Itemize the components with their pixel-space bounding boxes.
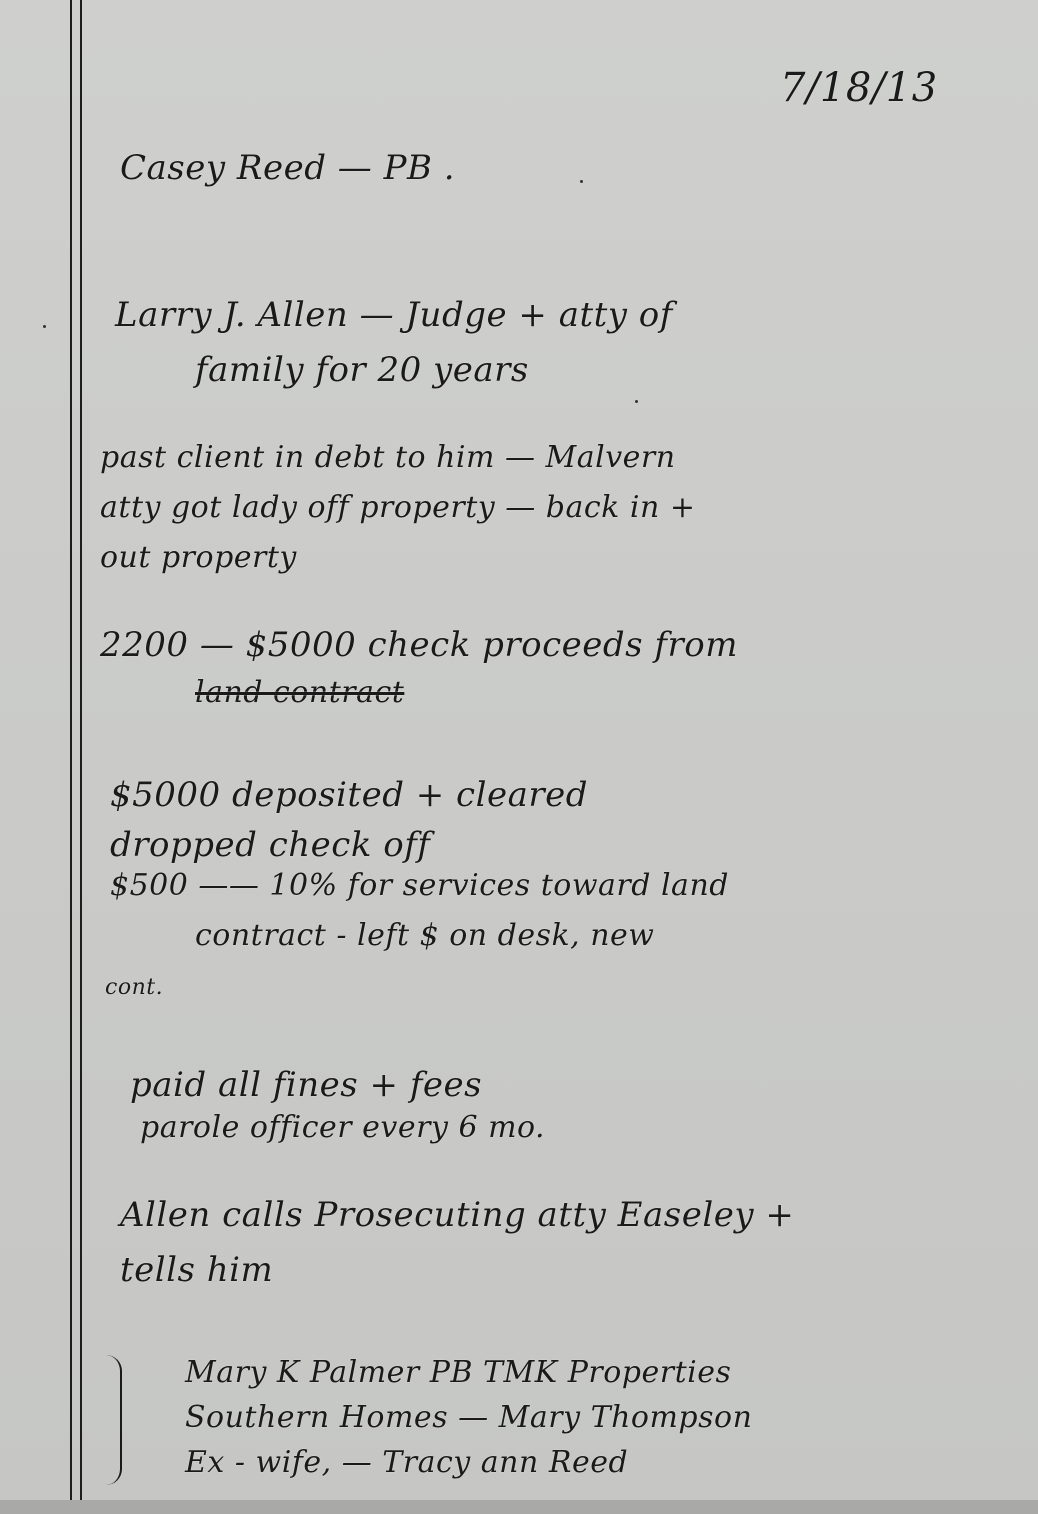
note-line: Ex - wife, — Tracy ann Reed xyxy=(185,1445,628,1480)
note-line: out property xyxy=(100,540,297,575)
note-line: $5000 deposited + cleared xyxy=(110,775,588,815)
note-line: Larry J. Allen — Judge + atty of xyxy=(115,295,673,335)
note-line: contract - left $ on desk, new xyxy=(195,918,654,953)
note-line: parole officer every 6 mo. xyxy=(140,1110,545,1145)
notepad-page: 7/18/13 Casey Reed — PB . Larry J. Allen… xyxy=(0,0,1038,1500)
note-date: 7/18/13 xyxy=(780,65,938,111)
note-line: tells him xyxy=(120,1250,273,1290)
note-line: Allen calls Prosecuting atty Easeley + xyxy=(120,1195,794,1235)
note-line-struck: land contract xyxy=(195,675,404,710)
note-line: 2200 — $5000 check proceeds from xyxy=(100,625,738,665)
note-line: cont. xyxy=(105,975,163,1000)
note-line: Mary K Palmer PB TMK Properties xyxy=(185,1355,731,1390)
note-line: paid all fines + fees xyxy=(130,1065,482,1105)
note-line: past client in debt to him — Malvern xyxy=(100,440,676,475)
ink-speck xyxy=(635,400,638,403)
bracket-mark xyxy=(106,1355,122,1485)
note-line: $500 —— 10% for services toward land xyxy=(110,868,729,903)
note-heading: Casey Reed — PB . xyxy=(120,148,455,188)
note-line: Southern Homes — Mary Thompson xyxy=(185,1400,752,1435)
margin-line-right xyxy=(80,0,82,1500)
ink-speck xyxy=(580,180,583,183)
note-line: atty got lady off property — back in + xyxy=(100,490,696,525)
note-line: family for 20 years xyxy=(195,350,529,390)
note-line: dropped check off xyxy=(110,825,430,865)
margin-line-left xyxy=(70,0,72,1500)
ink-speck xyxy=(43,325,46,328)
page-bottom-edge xyxy=(0,1500,1038,1514)
